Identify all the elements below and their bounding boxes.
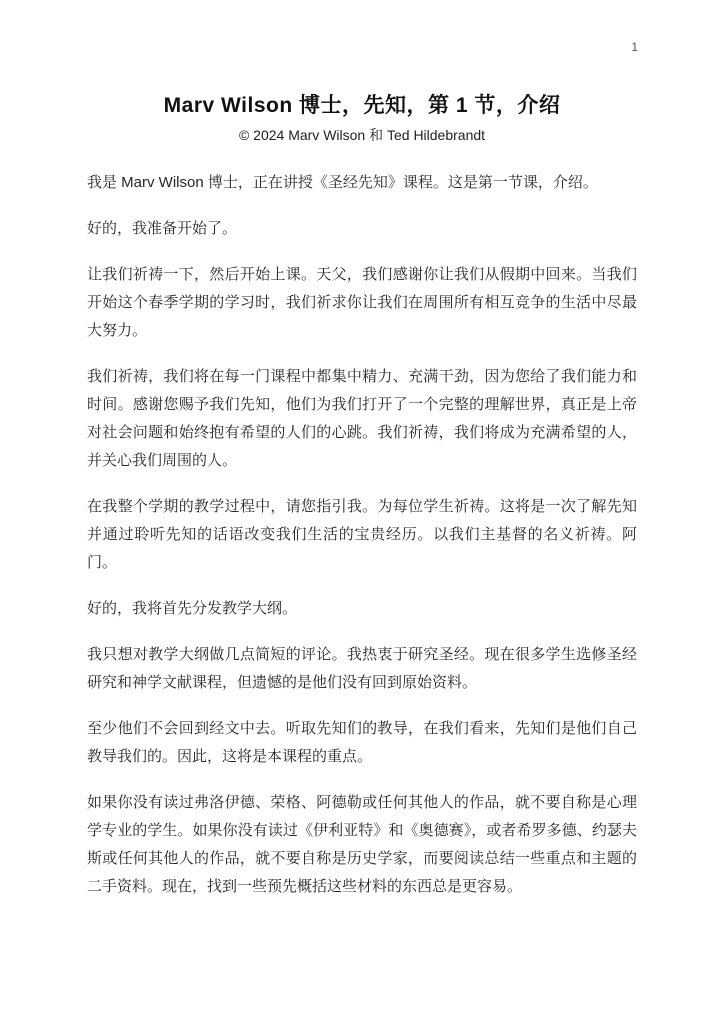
paragraph: 我是 Marv Wilson 博士，正在讲授《圣经先知》课程。这是第一节课，介绍…: [87, 169, 637, 197]
paragraph: 在我整个学期的教学过程中，请您指引我。为每位学生祈祷。这将是一次了解先知并通过聆…: [87, 493, 637, 577]
paragraph: 我只想对教学大纲做几点简短的评论。我热衷于研究圣经。现在很多学生选修圣经研究和神…: [87, 641, 637, 697]
paragraph: 至少他们不会回到经文中去。听取先知们的教导，在我们看来，先知们是他们自己教导我们…: [87, 715, 637, 771]
body-text: 我是 Marv Wilson 博士，正在讲授《圣经先知》课程。这是第一节课，介绍…: [87, 169, 637, 901]
paragraph: 好的，我准备开始了。: [87, 215, 637, 243]
paragraph: 我们祈祷，我们将在每一门课程中都集中精力、充满干劲，因为您给了我们能力和时间。感…: [87, 363, 637, 475]
document-page: 1 Marv Wilson 博士，先知，第 1 节，介绍 © 2024 Marv…: [0, 0, 724, 1024]
page-number: 1: [631, 40, 638, 54]
copyright-line: © 2024 Marv Wilson 和 Ted Hildebrandt: [87, 126, 637, 144]
document-title: Marv Wilson 博士，先知，第 1 节，介绍: [87, 92, 637, 119]
paragraph: 好的，我将首先分发教学大纲。: [87, 595, 637, 623]
paragraph: 让我们祈祷一下，然后开始上课。天父，我们感谢你让我们从假期中回来。当我们开始这个…: [87, 261, 637, 345]
page-content: Marv Wilson 博士，先知，第 1 节，介绍 © 2024 Marv W…: [87, 92, 637, 901]
paragraph: 如果你没有读过弗洛伊德、荣格、阿德勒或任何其他人的作品，就不要自称是心理学专业的…: [87, 789, 637, 901]
